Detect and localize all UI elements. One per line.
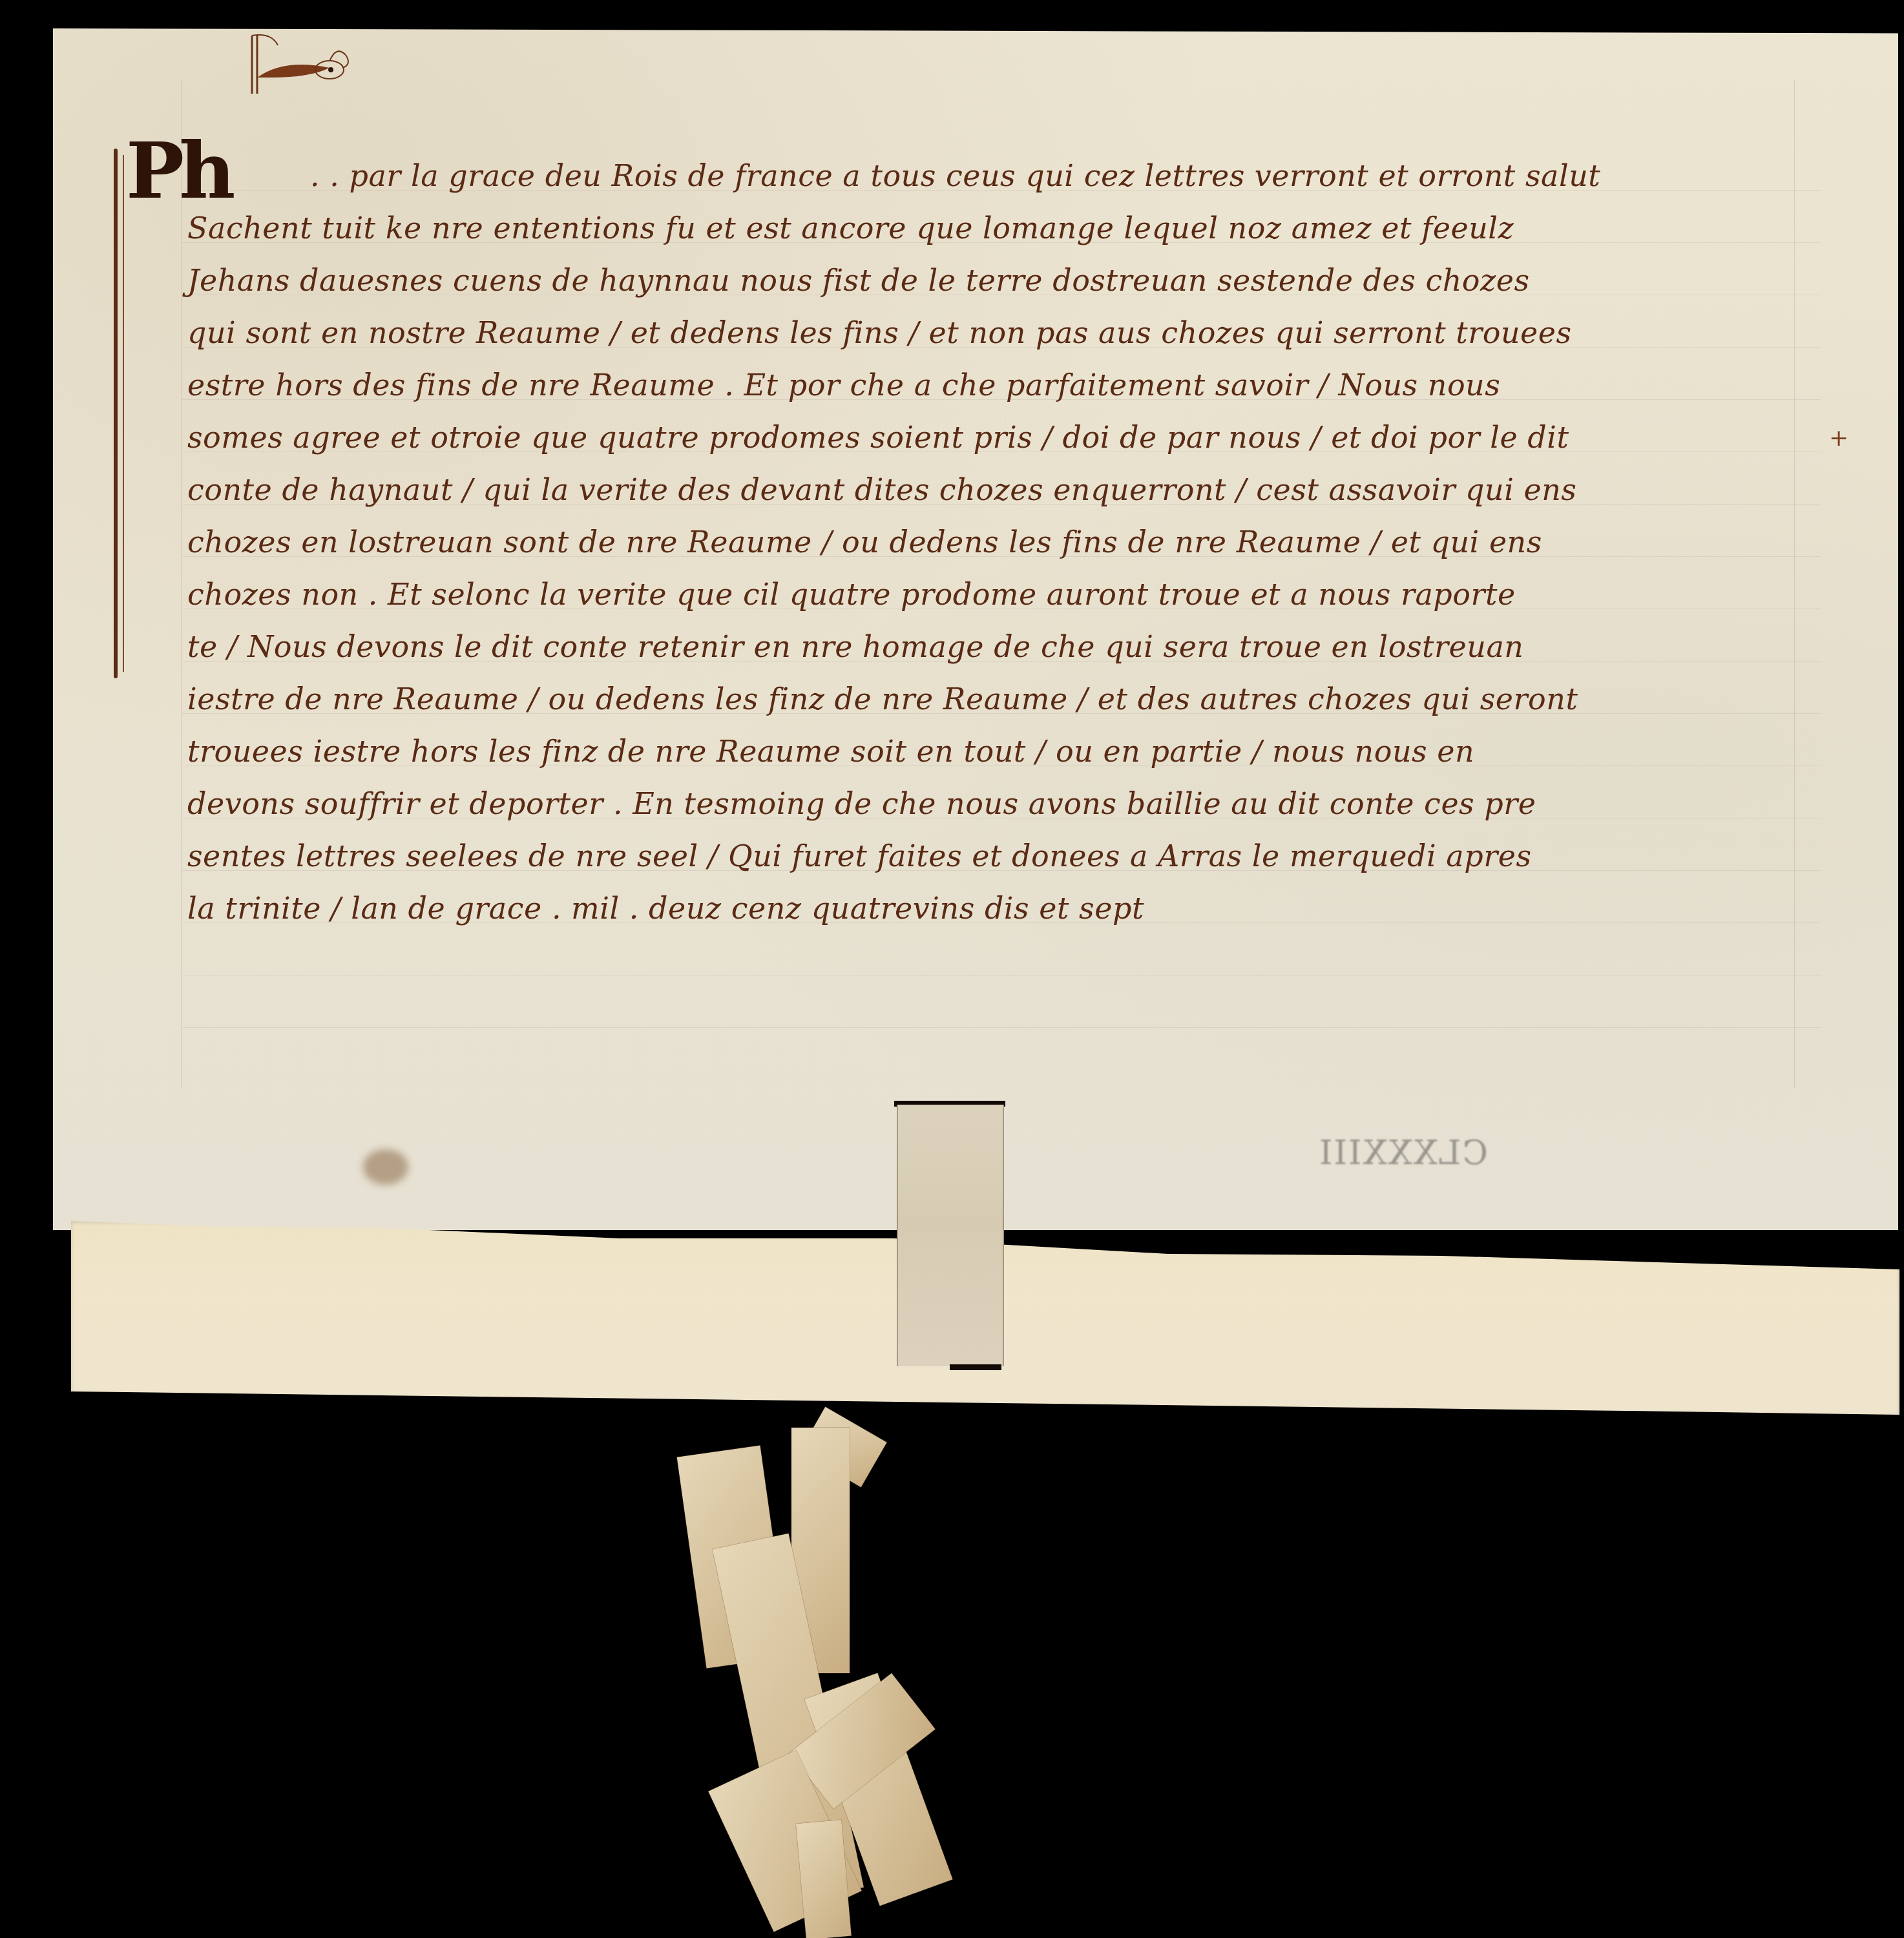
seal-tag	[897, 1105, 1004, 1366]
flourish-ornament-icon	[233, 32, 362, 97]
lower-slit	[950, 1364, 1001, 1370]
text-line: te / Nous devons le dit conte retenir en…	[187, 621, 1764, 673]
text-line: chozes non . Et selonc la verite que cil…	[187, 568, 1764, 621]
text-line: la trinite / lan de grace . mil . deuz c…	[187, 882, 1764, 935]
text-line: devons souffrir et deporter . En tesmoin…	[187, 778, 1764, 830]
text-line: Jehans dauesnes cuens de haynnau nous fi…	[187, 255, 1764, 307]
text-line: Sachent tuit ke nre ententions fu et est…	[187, 202, 1764, 255]
margin-cross-mark: +	[1829, 425, 1848, 452]
margin-ruling-left	[181, 80, 182, 1088]
charter-text: . . par la grace deu Rois de france a to…	[187, 150, 1764, 935]
initial-stem-ornament	[123, 155, 124, 672]
text-line: somes agree et otroie que quatre prodome…	[187, 412, 1764, 464]
text-line: trouees iestre hors les finz de nre Reau…	[187, 725, 1764, 778]
document-viewer: Ph . . par la grace deu Rois de france a…	[0, 0, 1904, 1938]
initial-stem-ornament	[114, 149, 118, 678]
text-line: estre hors des fins de nre Reaume . Et p…	[187, 359, 1764, 412]
text-line: iestre de nre Reaume / ou dedens les fin…	[187, 673, 1764, 725]
text-line: . . par la grace deu Rois de france a to…	[187, 150, 1764, 202]
ruling-line	[182, 1027, 1821, 1028]
margin-ruling-right	[1794, 80, 1795, 1088]
stain	[363, 1149, 408, 1185]
text-line: sentes lettres seelees de nre seel / Qui…	[187, 830, 1764, 882]
ruling-line	[182, 975, 1821, 975]
shelfmark-offset: CLXXXIII	[1318, 1134, 1488, 1172]
text-line: conte de haynaut / qui la verite des dev…	[187, 464, 1764, 516]
text-line: qui sont en nostre Reaume / et dedens le…	[187, 307, 1764, 359]
text-line: chozes en lostreuan sont de nre Reaume /…	[187, 516, 1764, 568]
